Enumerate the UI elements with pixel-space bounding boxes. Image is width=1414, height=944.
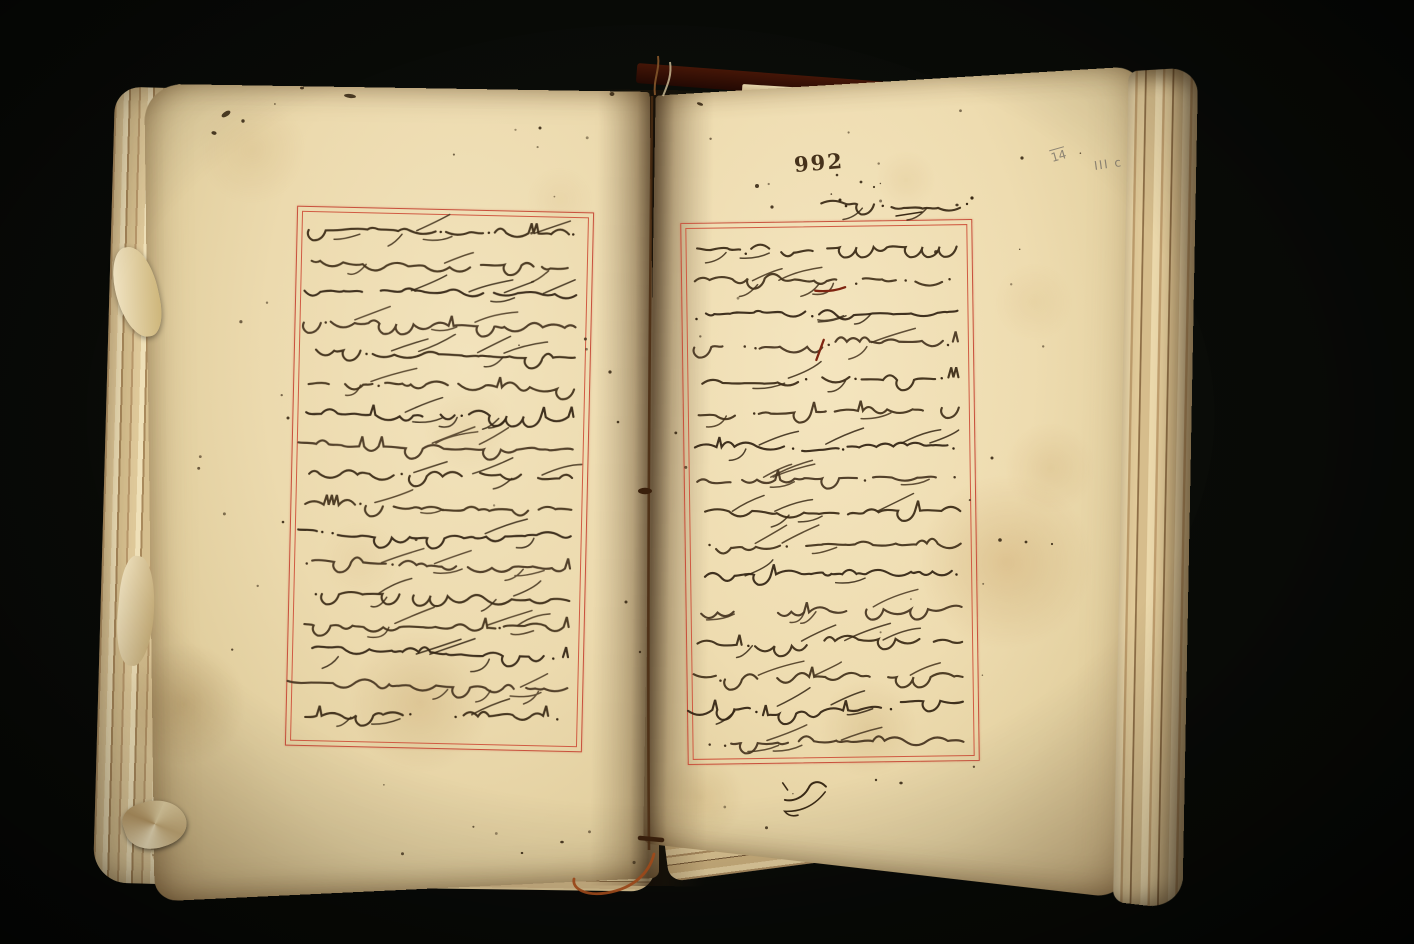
ink-speck bbox=[453, 154, 455, 156]
ink-speck bbox=[723, 806, 726, 809]
ink-speck bbox=[585, 348, 588, 351]
ink-blots bbox=[211, 87, 1053, 855]
ink-speck bbox=[401, 852, 404, 855]
ink-blot bbox=[220, 109, 231, 118]
ink-speck bbox=[765, 826, 768, 829]
ink-speck bbox=[588, 830, 591, 833]
ink-blot bbox=[991, 457, 994, 460]
ink-blot bbox=[344, 93, 356, 98]
ink-speck bbox=[973, 766, 975, 768]
ink-blot bbox=[282, 521, 285, 524]
ink-speck bbox=[768, 183, 770, 185]
binding-knot-bottom bbox=[640, 838, 662, 840]
ink-blot bbox=[696, 102, 703, 107]
ink-blot bbox=[875, 779, 877, 781]
ink-speck bbox=[554, 196, 556, 198]
ink-blot bbox=[617, 421, 620, 424]
ink-blot bbox=[899, 782, 902, 785]
ink-blot bbox=[287, 417, 290, 420]
ink-speck bbox=[959, 109, 962, 112]
ink-blot bbox=[241, 119, 244, 122]
ink-speck bbox=[231, 648, 233, 650]
ink-speck bbox=[1019, 249, 1020, 250]
ink-speck bbox=[1042, 345, 1044, 347]
ink-speck bbox=[530, 232, 533, 235]
ink-blot bbox=[998, 538, 1002, 542]
ink-speck bbox=[969, 499, 971, 501]
ink-blot bbox=[1020, 156, 1023, 159]
ink-speck bbox=[879, 200, 882, 203]
ink-blot bbox=[1025, 541, 1028, 544]
ink-speck bbox=[266, 302, 268, 304]
spine-thread-top-pale bbox=[663, 62, 671, 96]
ink-blot bbox=[836, 174, 839, 177]
ink-speck bbox=[518, 344, 520, 346]
ink-specks bbox=[197, 103, 1081, 864]
ink-speck bbox=[982, 674, 983, 675]
ink-speck bbox=[197, 467, 200, 470]
ink-blot bbox=[934, 250, 938, 254]
ink-speck bbox=[982, 583, 984, 585]
ink-speck bbox=[472, 826, 474, 828]
ink-blot bbox=[755, 184, 759, 188]
ink-blot bbox=[639, 651, 641, 653]
ink-speck bbox=[910, 598, 912, 600]
ink-blot bbox=[560, 841, 564, 844]
ink-speck bbox=[514, 129, 516, 131]
ink-speck bbox=[223, 512, 226, 515]
ink-blot bbox=[873, 186, 875, 188]
ink-blot bbox=[521, 852, 524, 854]
ink-blot bbox=[1051, 543, 1053, 545]
ink-speck bbox=[684, 466, 687, 469]
ink-speck bbox=[792, 793, 793, 794]
spine-thread-top bbox=[655, 56, 659, 95]
ink-blot bbox=[211, 131, 217, 135]
ink-blot bbox=[610, 92, 615, 96]
ink-speck bbox=[537, 146, 539, 148]
ink-speck bbox=[199, 455, 202, 458]
ink-blot bbox=[608, 370, 611, 373]
ink-speck bbox=[586, 136, 589, 139]
ink-speck bbox=[1010, 283, 1012, 285]
ink-speck bbox=[383, 784, 384, 785]
manuscript-photo: 992 14 III c bbox=[0, 0, 1414, 944]
ink-speck bbox=[709, 138, 711, 140]
ink-speck bbox=[493, 504, 495, 506]
ink-speck bbox=[584, 337, 587, 340]
ink-speck bbox=[831, 193, 833, 195]
ink-blot bbox=[955, 204, 958, 207]
ink-speck bbox=[699, 335, 701, 337]
ink-speck bbox=[633, 861, 636, 864]
ink-speck bbox=[880, 183, 881, 184]
ink-speck bbox=[877, 162, 879, 164]
ink-speck bbox=[674, 431, 677, 434]
ink-blot bbox=[770, 205, 773, 208]
ink-speck bbox=[495, 832, 498, 835]
binding-thread bbox=[648, 96, 652, 850]
ink-speck bbox=[281, 394, 283, 396]
ink-speck bbox=[880, 631, 882, 633]
ink-blot bbox=[860, 181, 863, 184]
ink-speck bbox=[274, 103, 276, 105]
ink-speck bbox=[737, 297, 740, 300]
ink-blot bbox=[625, 601, 628, 604]
loose-thread bbox=[574, 854, 654, 894]
ink-speck bbox=[257, 585, 259, 587]
ink-blot bbox=[300, 87, 304, 90]
ink-speck bbox=[1080, 152, 1082, 154]
ink-blot bbox=[539, 127, 542, 130]
ink-speck bbox=[239, 320, 242, 323]
binding-knot bbox=[638, 488, 652, 494]
binding-threads-and-specks bbox=[0, 0, 1414, 944]
ink-speck bbox=[848, 131, 850, 133]
ink-speck bbox=[415, 538, 418, 541]
